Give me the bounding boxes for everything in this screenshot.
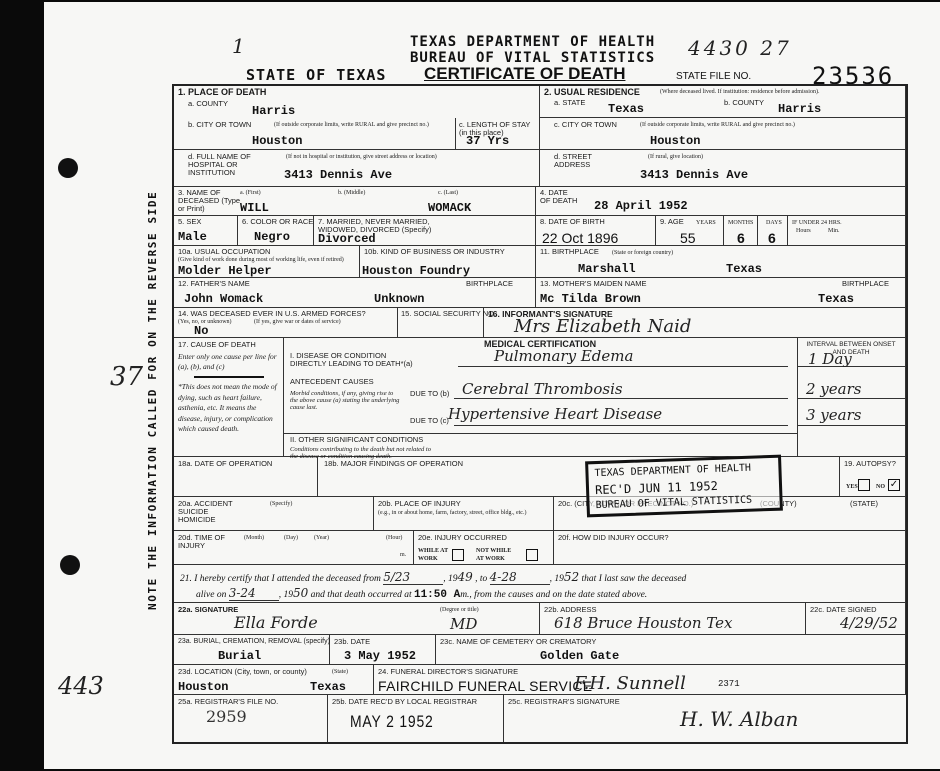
attended-to: 4-28 — [490, 570, 550, 585]
interval-c: 3 years — [806, 406, 861, 424]
registrar-date: MAY 2 1952 — [350, 712, 434, 732]
field-label: 15. SOCIAL SECURITY NO. — [401, 310, 496, 318]
field-label: 22a. SIGNATURE — [178, 606, 238, 614]
field-label: 25b. DATE REC'D BY LOCAL REGISTRAR — [332, 698, 477, 706]
agency-line1: TEXAS DEPARTMENT OF HEALTH — [410, 34, 655, 50]
field-label: IF UNDER 24 HRS. — [792, 219, 842, 227]
received-stamp: TEXAS DEPARTMENT OF HEALTH REC'D JUN 11 … — [585, 455, 783, 518]
father-birthplace: Unknown — [374, 292, 424, 306]
accident-cell: 20a. ACCIDENT SUICIDE HOMICIDE (Specify) — [174, 497, 374, 531]
rule — [454, 425, 788, 426]
cert-text: , 19 — [279, 590, 293, 600]
burial-city: Houston — [178, 680, 228, 694]
field-label: 20a. ACCIDENT SUICIDE HOMICIDE — [178, 500, 238, 524]
date-signed: 4/29/52 — [840, 614, 898, 632]
field-label: 23d. LOCATION (City, town, or county) — [178, 668, 307, 676]
state-file-label: STATE FILE NO. — [676, 71, 751, 82]
physician-address: 618 Bruce Houston Tex — [554, 614, 732, 632]
field-label: BIRTHPLACE — [842, 280, 889, 288]
length-of-stay: 37 Yrs — [466, 134, 509, 148]
field-note: (Where deceased lived. If institution: r… — [660, 88, 819, 96]
field-label: a. (First) — [240, 189, 261, 197]
field-label: b. COUNTY — [724, 99, 764, 107]
field-label: YEARS — [696, 219, 716, 227]
field-label: 1. PLACE OF DEATH — [178, 88, 266, 96]
cause-a: Pulmonary Edema — [494, 347, 633, 365]
first-name: WILL — [240, 201, 269, 215]
name-cell: 3. NAME OF DECEASED (Type or Print) a. (… — [174, 187, 536, 216]
armed-forces: No — [194, 324, 208, 338]
injury-place-cell: 20b. PLACE OF INJURY (e.g., in or about … — [374, 497, 554, 531]
stay-cell: c. LENGTH OF STAY (in this place) 37 Yrs — [456, 118, 540, 150]
registrar-signature-cell: 25c. REGISTRAR'S SIGNATURE H. W. Alban — [504, 695, 906, 742]
divider — [194, 376, 264, 378]
field-label: 19. AUTOPSY? — [844, 460, 896, 468]
father-cell: 12. FATHER'S NAME BIRTHPLACE John Womack… — [174, 278, 536, 308]
punch-hole — [60, 555, 80, 575]
rule — [454, 398, 788, 399]
dob-cell: 8. DATE OF BIRTH 22 Oct 1896 — [536, 216, 656, 246]
armed-forces-cell: 14. WAS DECEASED EVER IN U.S. ARMED FORC… — [174, 308, 398, 338]
margin-number-37: 37 — [110, 362, 143, 392]
field-label: b. CITY OR TOWN — [188, 121, 251, 129]
cemetery-name: Golden Gate — [540, 649, 619, 663]
field-label: 8. DATE OF BIRTH — [540, 218, 605, 226]
field-label: 10b. KIND OF BUSINESS OR INDUSTRY — [364, 248, 505, 256]
field-label: 14. WAS DECEASED EVER IN U.S. ARMED FORC… — [178, 310, 366, 318]
certification-line2: alive on 3-24, 1950 and that death occur… — [196, 586, 647, 601]
burial-state: Texas — [310, 680, 346, 694]
field-note: (e.g., in or about home, farm, factory, … — [378, 509, 548, 517]
date-of-death: 28 April 1952 — [594, 199, 688, 213]
field-label: (STATE) — [850, 500, 878, 508]
marital-status: Divorced — [318, 232, 376, 246]
date-of-death-cell: 4. DATE OF DEATH 28 April 1952 — [536, 187, 906, 216]
field-label: 3. NAME OF DECEASED (Type or Print) — [178, 189, 248, 213]
field-label: (Day) — [284, 534, 298, 542]
field-label: c. (Last) — [438, 189, 458, 197]
burial-method-cell: 23a. BURIAL, CREMATION, REMOVAL (specify… — [174, 635, 330, 665]
race-cell: 6. COLOR OR RACE Negro — [238, 216, 314, 246]
attended-to-year: 52 — [564, 570, 579, 584]
last-seen-alive: 3-24 — [229, 586, 279, 601]
autopsy-no-checkbox-checked[interactable]: ✓ — [888, 479, 900, 491]
certification-line1: 21. I hereby certify that I attended the… — [180, 570, 686, 585]
burial-location-cell: 23d. LOCATION (City, town, or county) (S… — [174, 665, 374, 695]
cause-cell: MEDICAL CERTIFICATION I. DISEASE OR COND… — [284, 338, 798, 433]
death-county: Harris — [252, 104, 295, 118]
field-label: 4. DATE OF DEATH — [540, 189, 580, 205]
race: Negro — [254, 230, 290, 244]
rule — [458, 366, 788, 367]
field-label: Min. — [828, 227, 840, 235]
field-label: d. STREET ADDRESS — [554, 153, 614, 169]
footnote: *This does not mean the mode of dying, s… — [178, 382, 280, 435]
document-title: CERTIFICATE OF DEATH — [424, 64, 625, 84]
certification-cell: 21. I hereby certify that I attended the… — [174, 565, 906, 603]
field-label: (Year) — [314, 534, 329, 542]
burial-method: Burial — [218, 649, 261, 663]
age-years: 55 — [680, 230, 696, 246]
birthplace-city: Marshall — [578, 262, 636, 276]
injury-occurred-cell: 20e. INJURY OCCURRED WHILE AT WORK NOT W… — [414, 531, 554, 565]
interval-cell: INTERVAL BETWEEN ONSET AND DEATH 1 Day 2… — [798, 338, 906, 457]
cert-text: 21. I hereby certify that I attended the… — [180, 574, 381, 584]
registrar-date-cell: 25b. DATE REC'D BY LOCAL REGISTRAR MAY 2… — [328, 695, 504, 742]
field-label: DAYS — [766, 219, 782, 227]
field-label: 13. MOTHER'S MAIDEN NAME — [540, 280, 646, 288]
field-label: 20f. HOW DID INJURY OCCUR? — [558, 534, 669, 542]
funeral-director-signature: F.H. Sunnell — [574, 673, 686, 694]
age-months-cell: MONTHS 6 — [724, 216, 758, 246]
death-city: Houston — [252, 134, 302, 148]
field-label: II. OTHER SIGNIFICANT CONDITIONS — [290, 436, 423, 444]
field-note: (If yes, give war or dates of service) — [254, 318, 341, 326]
residence-state: Texas — [608, 102, 644, 116]
field-note: (State or foreign country) — [612, 249, 673, 257]
autopsy-cell: 19. AUTOPSY? YES NO ✓ — [840, 457, 906, 497]
registrar-file-cell: 25a. REGISTRAR'S FILE NO. 2959 — [174, 695, 328, 742]
field-note: (Specify) — [270, 500, 292, 508]
field-label: c. CITY OR TOWN — [554, 121, 617, 129]
last-name: WOMACK — [428, 201, 471, 215]
attended-from-year: 49 — [457, 570, 472, 584]
field-label: BIRTHPLACE — [466, 280, 513, 288]
informant-signature: Mrs Elizabeth Naid — [514, 316, 691, 337]
field-label: NOT WHILE AT WORK — [476, 547, 518, 563]
industry: Houston Foundry — [362, 264, 470, 278]
death-city-cell: b. CITY OR TOWN (If outside corporate li… — [174, 118, 456, 150]
autopsy-yes-label: YES — [846, 483, 858, 491]
burial-date: 3 May 1952 — [344, 649, 416, 663]
field-label: 12. FATHER'S NAME — [178, 280, 250, 288]
cert-text: , 19 — [550, 574, 564, 584]
physician-signature: Ella Forde — [234, 613, 318, 632]
how-injury-cell: 20f. HOW DID INJURY OCCUR? — [554, 531, 906, 565]
age-days-cell: DAYS 6 — [758, 216, 788, 246]
rule — [798, 398, 905, 399]
cemetery-cell: 23c. NAME OF CEMETERY OR CREMATORY Golde… — [436, 635, 906, 665]
cert-text: alive on — [196, 590, 226, 600]
field-note: (If outside corporate limits, write RURA… — [640, 121, 795, 129]
birthplace-state: Texas — [726, 262, 762, 276]
side-note: NOTE THE INFORMATION CALLED FOR ON THE R… — [146, 191, 159, 610]
burial-date-cell: 23b. DATE 3 May 1952 — [330, 635, 436, 665]
field-note: (If outside corporate limits, write RURA… — [274, 121, 429, 129]
field-label: ANTECEDENT CAUSES — [290, 378, 374, 386]
field-label: 23a. BURIAL, CREMATION, REMOVAL (specify… — [178, 638, 330, 646]
field-label: 2. USUAL RESIDENCE — [544, 88, 640, 96]
other-conditions-cell: II. OTHER SIGNIFICANT CONDITIONS Conditi… — [284, 433, 798, 457]
hospital-cell: d. FULL NAME OF HOSPITAL OR INSTITUTION … — [174, 150, 540, 187]
registrar-signature: H. W. Alban — [680, 707, 798, 731]
field-label: (Hour) — [386, 534, 402, 542]
punch-hole — [58, 158, 78, 178]
hospital-name: 3413 Dennis Ave — [284, 168, 392, 182]
informant-cell: 16. INFORMANT'S SIGNATURE Mrs Elizabeth … — [484, 308, 906, 338]
age-days: 6 — [768, 230, 776, 246]
field-label: 23b. DATE — [334, 638, 370, 646]
residence-state-cell: 2. USUAL RESIDENCE (Where deceased lived… — [540, 86, 906, 118]
occupation: Molder Helper — [178, 264, 272, 278]
field-note: (Give kind of work done during most of w… — [178, 256, 344, 264]
residence-city-cell: c. CITY OR TOWN (If outside corporate li… — [540, 118, 906, 150]
mother-name: Mc Tilda Brown — [540, 292, 641, 306]
field-label: 23c. NAME OF CEMETERY OR CREMATORY — [440, 638, 596, 646]
time-of-injury-cell: 20d. TIME OF INJURY (Month) (Day) (Year)… — [174, 531, 414, 565]
autopsy-yes-checkbox[interactable] — [858, 479, 870, 491]
interval-a: 1 Day — [808, 350, 852, 368]
age-months: 6 — [737, 230, 745, 246]
field-label: 18b. MAJOR FINDINGS OF OPERATION — [324, 460, 463, 468]
address-cell: 22b. ADDRESS 618 Bruce Houston Tex — [540, 603, 806, 635]
residence-county: Harris — [778, 102, 821, 116]
field-label: DUE TO (b) — [410, 390, 449, 398]
mother-cell: 13. MOTHER'S MAIDEN NAME BIRTHPLACE Mc T… — [536, 278, 906, 308]
cert-text: that I last saw the deceased — [582, 574, 687, 584]
field-label: I. DISEASE OR CONDITION DIRECTLY LEADING… — [290, 352, 420, 368]
field-label: 24. FUNERAL DIRECTOR'S SIGNATURE — [378, 668, 518, 676]
field-label: d. FULL NAME OF HOSPITAL OR INSTITUTION — [188, 153, 260, 177]
field-label: 25a. REGISTRAR'S FILE NO. — [178, 698, 278, 706]
hand-number-top-right: 4430 27 — [688, 36, 792, 60]
ssn-cell: 15. SOCIAL SECURITY NO. — [398, 308, 484, 338]
field-label: Hours — [796, 227, 811, 235]
marital-cell: 7. MARRIED, NEVER MARRIED, WIDOWED, DIVO… — [314, 216, 536, 246]
residence-street-cell: d. STREET ADDRESS (If rural, give locati… — [540, 150, 906, 187]
field-label: a. COUNTY — [188, 100, 228, 108]
date-of-birth: 22 Oct 1896 — [542, 230, 618, 246]
state-heading: STATE OF TEXAS — [246, 66, 386, 84]
field-label: 20e. INJURY OCCURRED — [418, 534, 507, 542]
field-label: b. (Middle) — [338, 189, 365, 197]
op-date-cell: 18a. DATE OF OPERATION — [174, 457, 318, 497]
field-label: 20b. PLACE OF INJURY — [378, 500, 461, 508]
while-at-work-checkbox[interactable] — [452, 549, 464, 561]
field-label: (Degree or title) — [440, 606, 479, 614]
field-label: 10a. USUAL OCCUPATION — [178, 248, 270, 256]
time-of-death: 11:50 A — [414, 589, 460, 601]
field-label: 22b. ADDRESS — [544, 606, 597, 614]
funeral-director-cell: 24. FUNERAL DIRECTOR'S SIGNATURE FAIRCHI… — [374, 665, 906, 695]
field-label: a. STATE — [554, 99, 585, 107]
field-label: 6. COLOR OR RACE — [242, 218, 313, 226]
field-label: 9. AGE — [660, 218, 684, 226]
field-label: (Month) — [244, 534, 264, 542]
funeral-service-name: FAIRCHILD FUNERAL SERVICE — [378, 678, 592, 694]
cert-text: , 19 — [443, 574, 457, 584]
field-label: m. — [400, 551, 406, 559]
last-seen-year: 50 — [293, 586, 308, 600]
cause-b: Cerebral Thrombosis — [462, 380, 623, 398]
field-label: 22c. DATE SIGNED — [810, 606, 877, 614]
cause-note-cell: 17. CAUSE OF DEATH Enter only one cause … — [174, 338, 284, 457]
residence-street: 3413 Dennis Ave — [640, 168, 748, 182]
field-note: (If rural, give location) — [648, 153, 703, 161]
mother-birthplace: Texas — [818, 292, 854, 306]
attended-from: 5/23 — [383, 570, 443, 585]
father-name: John Womack — [184, 292, 263, 306]
under-24-cell: IF UNDER 24 HRS. Hours Min. — [788, 216, 906, 246]
field-label: 17. CAUSE OF DEATH — [178, 341, 256, 349]
field-label: MONTHS — [728, 219, 753, 227]
field-note: Enter only one cause per line for (a), (… — [178, 352, 278, 372]
birthplace-cell: 11. BIRTHPLACE (State or foreign country… — [536, 246, 906, 278]
field-label: 11. BIRTHPLACE — [540, 248, 599, 256]
occupation-cell: 10a. USUAL OCCUPATION (Give kind of work… — [174, 246, 360, 278]
field-note: Morbid conditions, if any, giving rise t… — [290, 390, 402, 411]
field-label: 5. SEX — [178, 218, 201, 226]
signature-cell: 22a. SIGNATURE Ella Forde (Degree or tit… — [174, 603, 540, 635]
sex-cell: 5. SEX Male — [174, 216, 238, 246]
field-label: WHILE AT WORK — [418, 547, 450, 563]
physician-degree: MD — [450, 615, 477, 633]
margin-number-443: 443 — [58, 672, 104, 700]
cause-c: Hypertensive Heart Disease — [448, 405, 662, 423]
field-note: (If not in hospital or institution, give… — [286, 153, 437, 161]
rule — [798, 425, 905, 426]
cert-text: and that death occurred at — [311, 590, 412, 600]
autopsy-no-label: NO — [876, 483, 885, 491]
sex: Male — [178, 230, 207, 244]
interval-b: 2 years — [806, 380, 861, 398]
residence-city: Houston — [650, 134, 700, 148]
cert-text: m., from the causes and on the date stat… — [460, 590, 647, 600]
hand-number-1: 1 — [232, 34, 245, 58]
field-label: (State) — [332, 668, 348, 676]
death-certificate-form: 1. PLACE OF DEATH a. COUNTY Harris b. CI… — [172, 84, 908, 744]
field-label: 18a. DATE OF OPERATION — [178, 460, 272, 468]
field-label: DUE TO (c) — [410, 417, 449, 425]
cert-text: , to — [475, 574, 487, 584]
field-label: 25c. REGISTRAR'S SIGNATURE — [508, 698, 620, 706]
funeral-director-number: 2371 — [718, 679, 740, 689]
field-label: 20d. TIME OF INJURY — [178, 534, 228, 550]
not-at-work-checkbox[interactable] — [526, 549, 538, 561]
registrar-file-number: 2959 — [206, 707, 247, 726]
age-years-cell: 9. AGE YEARS 55 — [656, 216, 724, 246]
date-signed-cell: 22c. DATE SIGNED 4/29/52 — [806, 603, 906, 635]
industry-cell: 10b. KIND OF BUSINESS OR INDUSTRY Housto… — [360, 246, 536, 278]
